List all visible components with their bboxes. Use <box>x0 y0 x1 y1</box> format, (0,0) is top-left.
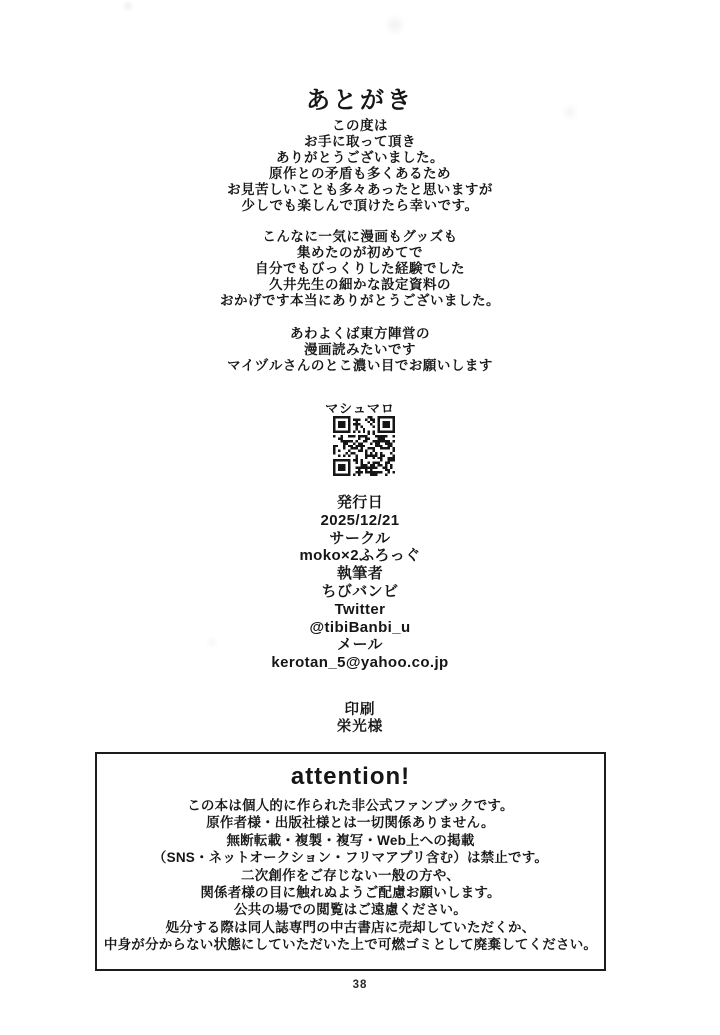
printing-credit: 印刷 栄光様 <box>0 702 720 736</box>
attention-line: 関係者様の目に触れぬようご配慮お願いします。 <box>97 884 604 901</box>
qr-code-icon <box>333 416 395 476</box>
email-label: メール <box>0 636 720 654</box>
attention-line: （SNS・ネットオークション・フリマアプリ含む）は禁止です。 <box>97 849 604 866</box>
attention-body: この本は個人的に作られた非公式ファンブックです。 原作者様・出版社様とは一切関係… <box>97 797 604 954</box>
paragraph-line: 原作との矛盾も多くあるため <box>0 166 720 182</box>
paragraph-line: お手に取って頂き <box>0 134 720 150</box>
publish-date-value: 2025/12/21 <box>0 512 720 530</box>
email-address: kerotan_5@yahoo.co.jp <box>0 654 720 672</box>
attention-line: 原作者様・出版社様とは一切関係ありません。 <box>97 814 604 831</box>
attention-title: attention! <box>97 763 604 791</box>
author-label: 執筆者 <box>0 565 720 583</box>
paragraph-line: 集めたのが初めてで <box>0 245 720 261</box>
afterword-paragraph-3: あわよくば東方陣営の 漫画読みたいです マイヅルさんのとこ濃い目でお願いします <box>0 326 720 374</box>
printing-label: 印刷 <box>0 702 720 719</box>
paragraph-line: この度は <box>0 118 720 134</box>
twitter-label: Twitter <box>0 601 720 619</box>
paragraph-line: 久井先生の細かな設定資料の <box>0 277 720 293</box>
afterword-page: あとがき この度は お手に取って頂き ありがとうございました。 原作との矛盾も多… <box>0 0 720 1035</box>
paragraph-line: おかげです本当にありがとうございました。 <box>0 293 720 309</box>
circle-label: サークル <box>0 530 720 548</box>
page-title: あとがき <box>0 80 720 115</box>
paragraph-line: こんなに一気に漫画もグッズも <box>0 229 720 245</box>
attention-line: この本は個人的に作られた非公式ファンブックです。 <box>97 797 604 814</box>
paragraph-line: 漫画読みたいです <box>0 342 720 358</box>
attention-line: 公共の場での閲覧はご遠慮ください。 <box>97 901 604 918</box>
attention-line: 処分する際は同人誌専門の中古書店に売却していただくか、 <box>97 919 604 936</box>
paragraph-line: 少しでも楽しんで頂けたら幸いです。 <box>0 198 720 214</box>
attention-line: 中身が分からない状態にしていただいた上で可燃ゴミとして廃棄してください。 <box>97 936 604 953</box>
circle-value: moko×2ふろっぐ <box>0 547 720 565</box>
page-number: 38 <box>0 979 720 991</box>
attention-line: 二次創作をご存じない一般の方や、 <box>97 867 604 884</box>
paragraph-line: ありがとうございました。 <box>0 150 720 166</box>
afterword-paragraph-1: この度は お手に取って頂き ありがとうございました。 原作との矛盾も多くあるため… <box>0 118 720 213</box>
marshmallow-label: マシュマロ <box>0 398 720 417</box>
paragraph-line: マイヅルさんのとこ濃い目でお願いします <box>0 358 720 374</box>
printing-value: 栄光様 <box>0 719 720 736</box>
afterword-paragraph-2: こんなに一気に漫画もグッズも 集めたのが初めてで 自分でもびっくりした経験でした… <box>0 229 720 309</box>
publish-date-label: 発行日 <box>0 494 720 512</box>
paragraph-line: お見苦しいことも多々あったと思いますが <box>0 182 720 198</box>
attention-line: 無断転載・複製・複写・Web上への掲載 <box>97 832 604 849</box>
author-value: ちびバンビ <box>0 583 720 601</box>
paragraph-line: 自分でもびっくりした経験でした <box>0 261 720 277</box>
twitter-handle: @tibiBanbi_u <box>0 619 720 637</box>
paragraph-line: あわよくば東方陣営の <box>0 326 720 342</box>
colophon: 発行日 2025/12/21 サークル moko×2ふろっぐ 執筆者 ちびバンビ… <box>0 494 720 672</box>
attention-box: attention! この本は個人的に作られた非公式ファンブックです。 原作者様… <box>95 752 606 971</box>
